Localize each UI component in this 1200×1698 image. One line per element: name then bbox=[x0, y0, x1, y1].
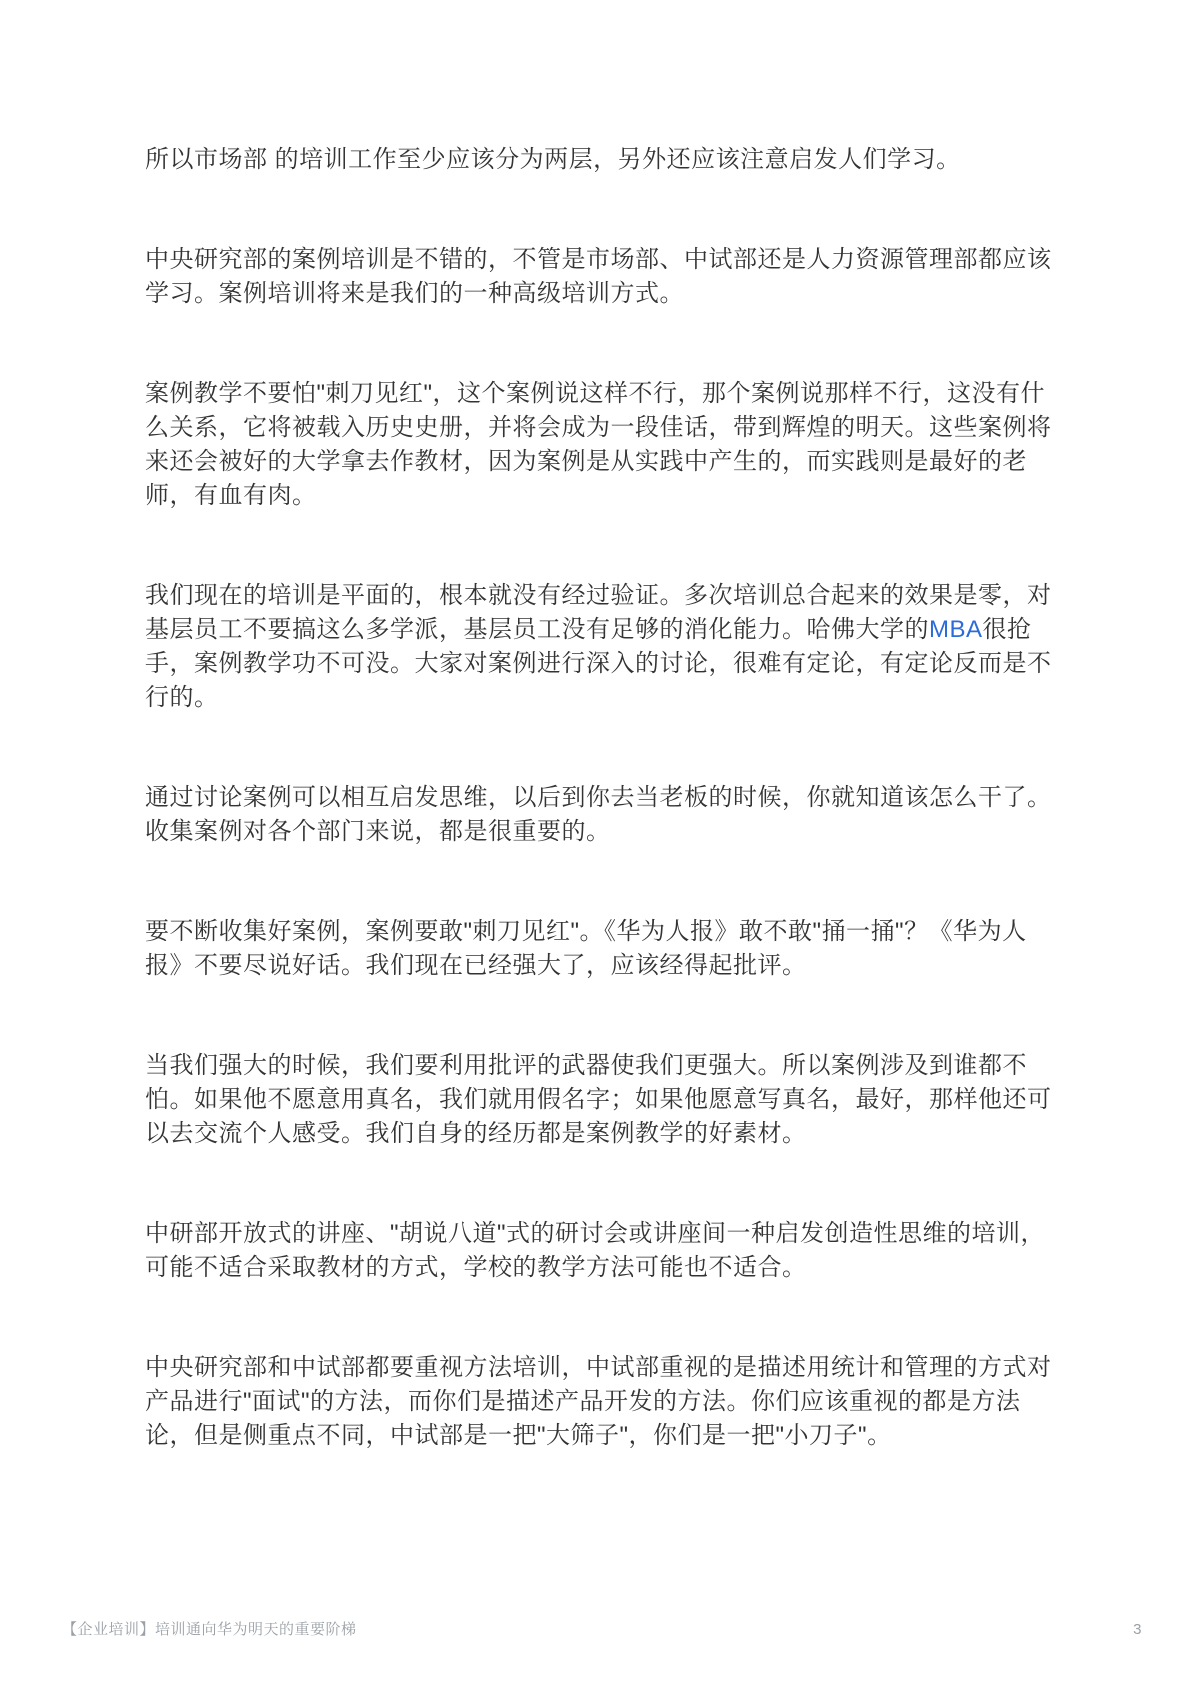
paragraph-text: 要不断收集好案例，案例要敢"刺刀见红"。《华为人报》敢不敢"捅一捅"？《华为人报… bbox=[145, 918, 1027, 979]
paragraph: 要不断收集好案例，案例要敢"刺刀见红"。《华为人报》敢不敢"捅一捅"？《华为人报… bbox=[145, 915, 1053, 983]
footer-title: 【企业培训】培训通向华为明天的重要阶梯 bbox=[62, 1620, 357, 1640]
paragraph: 通过讨论案例可以相互启发思维，以后到你去当老板的时候，你就知道该怎么干了。收集案… bbox=[145, 781, 1053, 849]
paragraph-text: 通过讨论案例可以相互启发思维，以后到你去当老板的时候，你就知道该怎么干了。收集案… bbox=[145, 784, 1052, 845]
paragraph-text: 案例教学不要怕"刺刀见红"，这个案例说这样不行，那个案例说那样不行，这没有什么关… bbox=[145, 380, 1052, 509]
accent-text: MBA bbox=[929, 616, 983, 643]
document-body: 所以市场部 的培训工作至少应该分为两层，另外还应该注意启发人们学习。中央研究部的… bbox=[145, 143, 1053, 1453]
paragraph: 我们现在的培训是平面的，根本就没有经过验证。多次培训总合起来的效果是零，对基层员… bbox=[145, 579, 1053, 715]
page-footer: 【企业培训】培训通向华为明天的重要阶梯 3 bbox=[0, 1620, 1200, 1640]
paragraph-text: 中研部开放式的讲座、"胡说八道"式的研讨会或讲座间一种启发创造性思维的培训，可能… bbox=[145, 1220, 1045, 1281]
paragraph-text: 我们现在的培训是平面的，根本就没有经过验证。多次培训总合起来的效果是零，对基层员… bbox=[145, 582, 1052, 643]
paragraph-text: 当我们强大的时候，我们要利用批评的武器使我们更强大。所以案例涉及到谁都不怕。如果… bbox=[145, 1052, 1052, 1147]
paragraph-list: 所以市场部 的培训工作至少应该分为两层，另外还应该注意启发人们学习。中央研究部的… bbox=[145, 143, 1053, 1453]
paragraph: 案例教学不要怕"刺刀见红"，这个案例说这样不行，那个案例说那样不行，这没有什么关… bbox=[145, 377, 1053, 513]
paragraph: 中央研究部和中试部都要重视方法培训，中试部重视的是描述用统计和管理的方式对产品进… bbox=[145, 1351, 1053, 1453]
paragraph-text: 中央研究部和中试部都要重视方法培训，中试部重视的是描述用统计和管理的方式对产品进… bbox=[145, 1354, 1052, 1449]
paragraph: 中央研究部的案例培训是不错的，不管是市场部、中试部还是人力资源管理部都应该学习。… bbox=[145, 243, 1053, 311]
paragraph-text: 所以市场部 的培训工作至少应该分为两层，另外还应该注意启发人们学习。 bbox=[145, 146, 961, 173]
paragraph: 当我们强大的时候，我们要利用批评的武器使我们更强大。所以案例涉及到谁都不怕。如果… bbox=[145, 1049, 1053, 1151]
paragraph: 所以市场部 的培训工作至少应该分为两层，另外还应该注意启发人们学习。 bbox=[145, 143, 1053, 177]
page-number: 3 bbox=[1133, 1620, 1142, 1640]
paragraph: 中研部开放式的讲座、"胡说八道"式的研讨会或讲座间一种启发创造性思维的培训，可能… bbox=[145, 1217, 1053, 1285]
paragraph-text: 中央研究部的案例培训是不错的，不管是市场部、中试部还是人力资源管理部都应该学习。… bbox=[145, 246, 1052, 307]
document-page: 所以市场部 的培训工作至少应该分为两层，另外还应该注意启发人们学习。中央研究部的… bbox=[0, 0, 1200, 1698]
